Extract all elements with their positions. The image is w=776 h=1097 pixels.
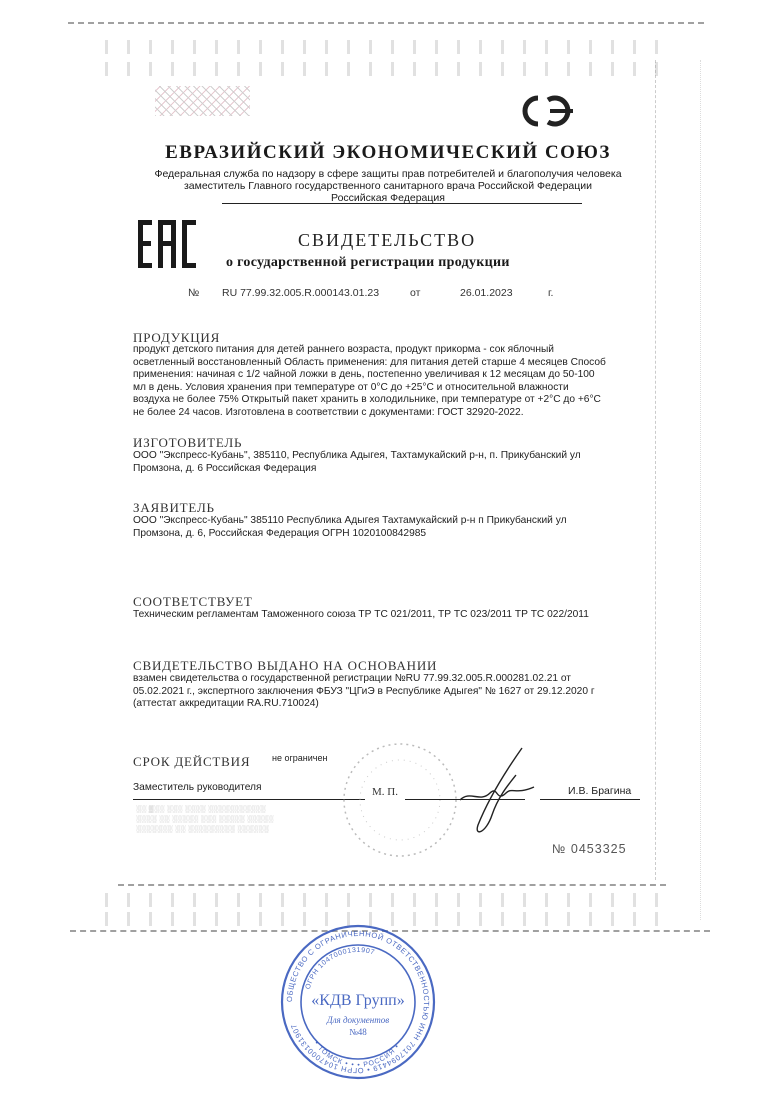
conforms-text: Техническим регламентам Таможенного союз…: [133, 609, 673, 622]
decorative-border-row: [105, 40, 665, 54]
eac-mark-icon: [138, 220, 198, 268]
text-line: применения: начиная с 1/2 чайной ложки в…: [133, 369, 673, 382]
customs-union-logo-icon: [512, 92, 588, 130]
official-seal-icon: [340, 740, 460, 860]
manufacturer-heading: ИЗГОТОВИТЕЛЬ: [133, 435, 242, 451]
serial-number: № 0453325: [552, 842, 627, 856]
decorative-border-row: [105, 62, 665, 76]
text-line: не более 24 часов. Изготовлена в соответ…: [133, 407, 673, 420]
text-line: мл в день. Условия хранения при температ…: [133, 382, 673, 395]
manufacturer-text: ООО "Экспресс-Кубань", 385110, Республик…: [133, 450, 673, 475]
certificate-title: СВИДЕТЕЛЬСТВО: [298, 230, 476, 251]
validity-heading: СРОК ДЕЙСТВИЯ: [133, 754, 250, 770]
number-prefix: №: [188, 287, 199, 299]
text-line: Промзона, д. 6 Российская Федерация: [133, 463, 673, 476]
faded-print-text: ░░ ▒░░ ░░░ ░░░░ ░░░░░░░░░░░░░░░ ░░ ░░░░░…: [136, 805, 356, 835]
signature-line-right: [540, 799, 640, 800]
svg-text:«КДВ Групп»: «КДВ Групп»: [311, 992, 404, 1009]
decorative-border-bottom: [118, 884, 666, 886]
text-line: (аттестат аккредитации RA.RU.710024): [133, 698, 673, 711]
text-line: 05.02.2021 г., экспертного заключения ФБ…: [133, 686, 673, 699]
svg-text:Для документов: Для документов: [326, 1015, 389, 1025]
handwritten-signature-icon: [450, 745, 540, 840]
text-line: взамен свидетельства о государственной р…: [133, 673, 673, 686]
validity-value: не ограничен: [272, 752, 327, 765]
basis-text: взамен свидетельства о государственной р…: [133, 673, 673, 711]
text-line: ООО "Экспресс-Кубань" 385110 Республика …: [133, 515, 673, 528]
text-line: осветленный восстановленный Область прим…: [133, 357, 673, 370]
certificate-number: RU 77.99.32.005.R.000143.01.23: [222, 287, 379, 299]
decorative-border-row: [105, 893, 665, 907]
agency-line-1: Федеральная служба по надзору в сфере за…: [0, 168, 776, 181]
text-line: воздуха не более 75% Открытый пакет хран…: [133, 394, 673, 407]
signatory-name: И.В. Брагина: [568, 785, 631, 798]
union-name: ЕВРАЗИЙСКИЙ ЭКОНОМИЧЕСКИЙ СОЮЗ: [0, 142, 776, 164]
company-stamp-icon: ОБЩЕСТВО С ОГРАНИЧЕННОЙ ОТВЕТСТВЕННОСТЬЮ…: [279, 923, 437, 1081]
product-text: продукт детского питания для детей ранне…: [133, 344, 673, 420]
conforms-heading: СООТВЕТСТВУЕТ: [133, 594, 253, 610]
text-line: продукт детского питания для детей ранне…: [133, 344, 673, 357]
certificate-date: 26.01.2023: [460, 287, 513, 299]
applicant-text: ООО "Экспресс-Кубань" 385110 Республика …: [133, 515, 673, 540]
agency-line-2: заместитель Главного государственного са…: [0, 180, 776, 193]
agency-underline: [222, 203, 582, 204]
text-line: Техническим регламентам Таможенного союз…: [133, 609, 673, 622]
certificate-subtitle: о государственной регистрации продукции: [226, 255, 510, 271]
text-line: ООО "Экспресс-Кубань", 385110, Республик…: [133, 450, 673, 463]
svg-text:№48: №48: [349, 1027, 367, 1037]
guilloche-ornament: [155, 86, 250, 116]
date-prefix: от: [410, 287, 420, 299]
applicant-heading: ЗАЯВИТЕЛЬ: [133, 500, 215, 516]
signature-line-left: [133, 799, 365, 800]
decorative-border-top: [68, 22, 704, 26]
text-line: Промзона, д. 6, Российская Федерация ОГР…: [133, 528, 673, 541]
date-suffix: г.: [548, 287, 553, 299]
signatory-role: Заместитель руководителя: [133, 782, 262, 795]
basis-heading: СВИДЕТЕЛЬСТВО ВЫДАНО НА ОСНОВАНИИ: [133, 658, 437, 674]
